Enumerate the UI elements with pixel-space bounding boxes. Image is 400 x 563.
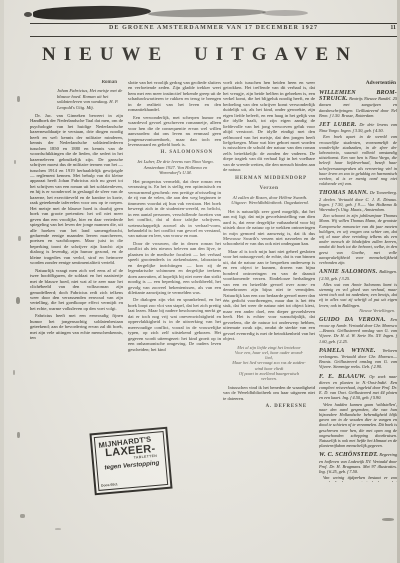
ad-body: Van weinig tijdperken bestaat er zoo ove… <box>319 475 397 482</box>
ad-entry: ANNIE SALOMONS. Ballingen. f 2.50, geb. … <box>319 269 397 312</box>
newspaper-page: DE GROENE AMSTERDAMMER VAN 17 DECEMBER 1… <box>0 0 400 563</box>
ad-body: Alles wat van Annie Salomons komt is ste… <box>319 282 397 308</box>
article-paragraph: Fabricius heeft met een eenvoudig fijnen… <box>30 313 123 340</box>
ad-price-text: Doos 60ct. <box>101 483 118 488</box>
masthead-rule-top <box>30 23 397 24</box>
scan-speck <box>13 370 15 375</box>
mijnhardt-ad-frame: MIJNHARDT'S LAXEER- TABLETTEN tegen Vers… <box>94 431 168 491</box>
book-citation: Jet Luber, De drie levens van Nina Vargo… <box>134 159 217 176</box>
masthead-rule-bottom <box>30 36 397 37</box>
article-paragraph: slotte van het vroolijk gedrag van geoli… <box>128 80 221 113</box>
ad-publisher-name: THOMAS MANN. <box>319 190 368 196</box>
scan-speck <box>17 96 20 102</box>
article-paragraph: voelt zich tusschen hen beiden heen en w… <box>223 80 315 173</box>
ad-entry: F. E. BLAAUW. Op zoek naar dieren en pla… <box>319 374 397 449</box>
advertisements-column: Advertentiën WILLEMIEN BROM-STRUICK. Bea… <box>319 80 397 482</box>
scan-speck <box>18 236 21 241</box>
scan-speck <box>17 432 20 438</box>
scan-speck <box>20 514 25 518</box>
scan-smudge <box>148 8 266 18</box>
ad-publisher-name: ANNIE SALOMONS. <box>319 269 377 275</box>
article-paragraph: Natuurlijk vraagt men zich wel eens af o… <box>30 268 123 312</box>
book-citation: Johan Fabricius, Het meisje met de blauw… <box>57 88 123 110</box>
article-paragraph: Intusschen vind ik het beneden de waardi… <box>223 385 315 401</box>
mijnhardt-ad-box: MIJNHARDT'S LAXEER- TABLETTEN tegen Vers… <box>89 427 172 496</box>
article-paragraph: De dialogen zijn vlot en sprankelend, en… <box>128 297 221 352</box>
ad-entry: W. C. SCHÖNSTEDT. Regeering en hofleven … <box>319 452 397 482</box>
scan-ink-blob <box>33 4 151 20</box>
article-paragraph: Het is natuurlijk zeer goed mogelijk, da… <box>223 209 315 247</box>
poem-quotation: Met al zijn liefde zingt het lentekoor V… <box>225 345 313 382</box>
article-paragraph: Maar al is toch mijn hart niet geheel ge… <box>223 249 315 342</box>
advertisements-heading: Advertentiën <box>319 80 396 86</box>
scan-speck <box>55 528 61 530</box>
scan-speck <box>24 12 32 17</box>
ad-body: Een boek apart in de wereld van vrouweli… <box>319 134 397 186</box>
ad-publisher-name: F. E. BLAAUW. <box>319 374 366 380</box>
section-title: NIEUWE UITGAVEN <box>0 44 400 66</box>
ad-entry: THOMAS MANN. De Tooverberg. 2 deelen. Ve… <box>319 190 397 265</box>
article-paragraph: Door de vrouwen, die in dezen roman het … <box>128 241 221 296</box>
scan-smudge <box>262 10 308 16</box>
ad-tail-line: Nieuwe Vertellingen. <box>319 308 395 313</box>
ad-publisher-name: GUIDO DA VERONA. <box>319 317 386 323</box>
ad-entry: WILLEMIEN BROM-STRUICK. Beatrijs Nieuwe … <box>319 90 397 118</box>
ad-entry: GUIDO DA VERONA. Een vrouw op Aarde. Ver… <box>319 317 397 344</box>
ad-tagline-text: tegen Verstopping <box>104 459 162 471</box>
column-3: voelt zich tusschen hen beiden heen en w… <box>223 80 315 476</box>
genre-heading: Roman <box>30 80 117 85</box>
review-signature: HERMAN MIDDENDORP <box>223 176 307 181</box>
article-paragraph: Dr. Jac. van Ginneken beweert in zijn Ha… <box>30 113 123 266</box>
ad-publisher-name: W. C. SCHÖNSTEDT. <box>319 452 378 458</box>
scan-left-edge <box>0 0 4 563</box>
masthead-line: DE GROENE AMSTERDAMMER VAN 17 DECEMBER 1… <box>30 25 397 31</box>
ad-body: Zoo schoont in zijn jubileumjaar Thomas … <box>319 213 397 265</box>
section-subheading: Verzen <box>223 185 315 191</box>
page-number: 11 <box>390 25 396 31</box>
ad-entry: JET LUBER. De drie levens van Nina Vargo… <box>319 122 397 186</box>
review-signature: A. DEFRESNE <box>223 404 307 409</box>
ad-publisher-name: PAMELA WYNNE. <box>319 348 376 354</box>
scan-speck <box>14 160 16 164</box>
scan-speck <box>16 297 20 304</box>
article-paragraph: Het prospectus vermeldt, dat deze roman … <box>128 179 221 239</box>
article-paragraph: Een verwonderlijk, met scherpen humor en… <box>128 115 221 148</box>
review-signature: H. SALOMONSON <box>128 150 213 155</box>
ad-body: Velen hadden kunnen gaan 'wildstellen', … <box>319 402 397 449</box>
scan-smudge <box>382 518 394 521</box>
ad-publisher-name: JET LUBER. <box>319 122 357 128</box>
column-1: Roman Johan Fabricius, Het meisje met de… <box>30 80 123 432</box>
book-citation: Al zullen de Rozen, door Hélène Swarth. … <box>229 195 311 206</box>
ad-entry: PAMELA WYNNE. Verloren verlangens. Verta… <box>319 348 397 370</box>
